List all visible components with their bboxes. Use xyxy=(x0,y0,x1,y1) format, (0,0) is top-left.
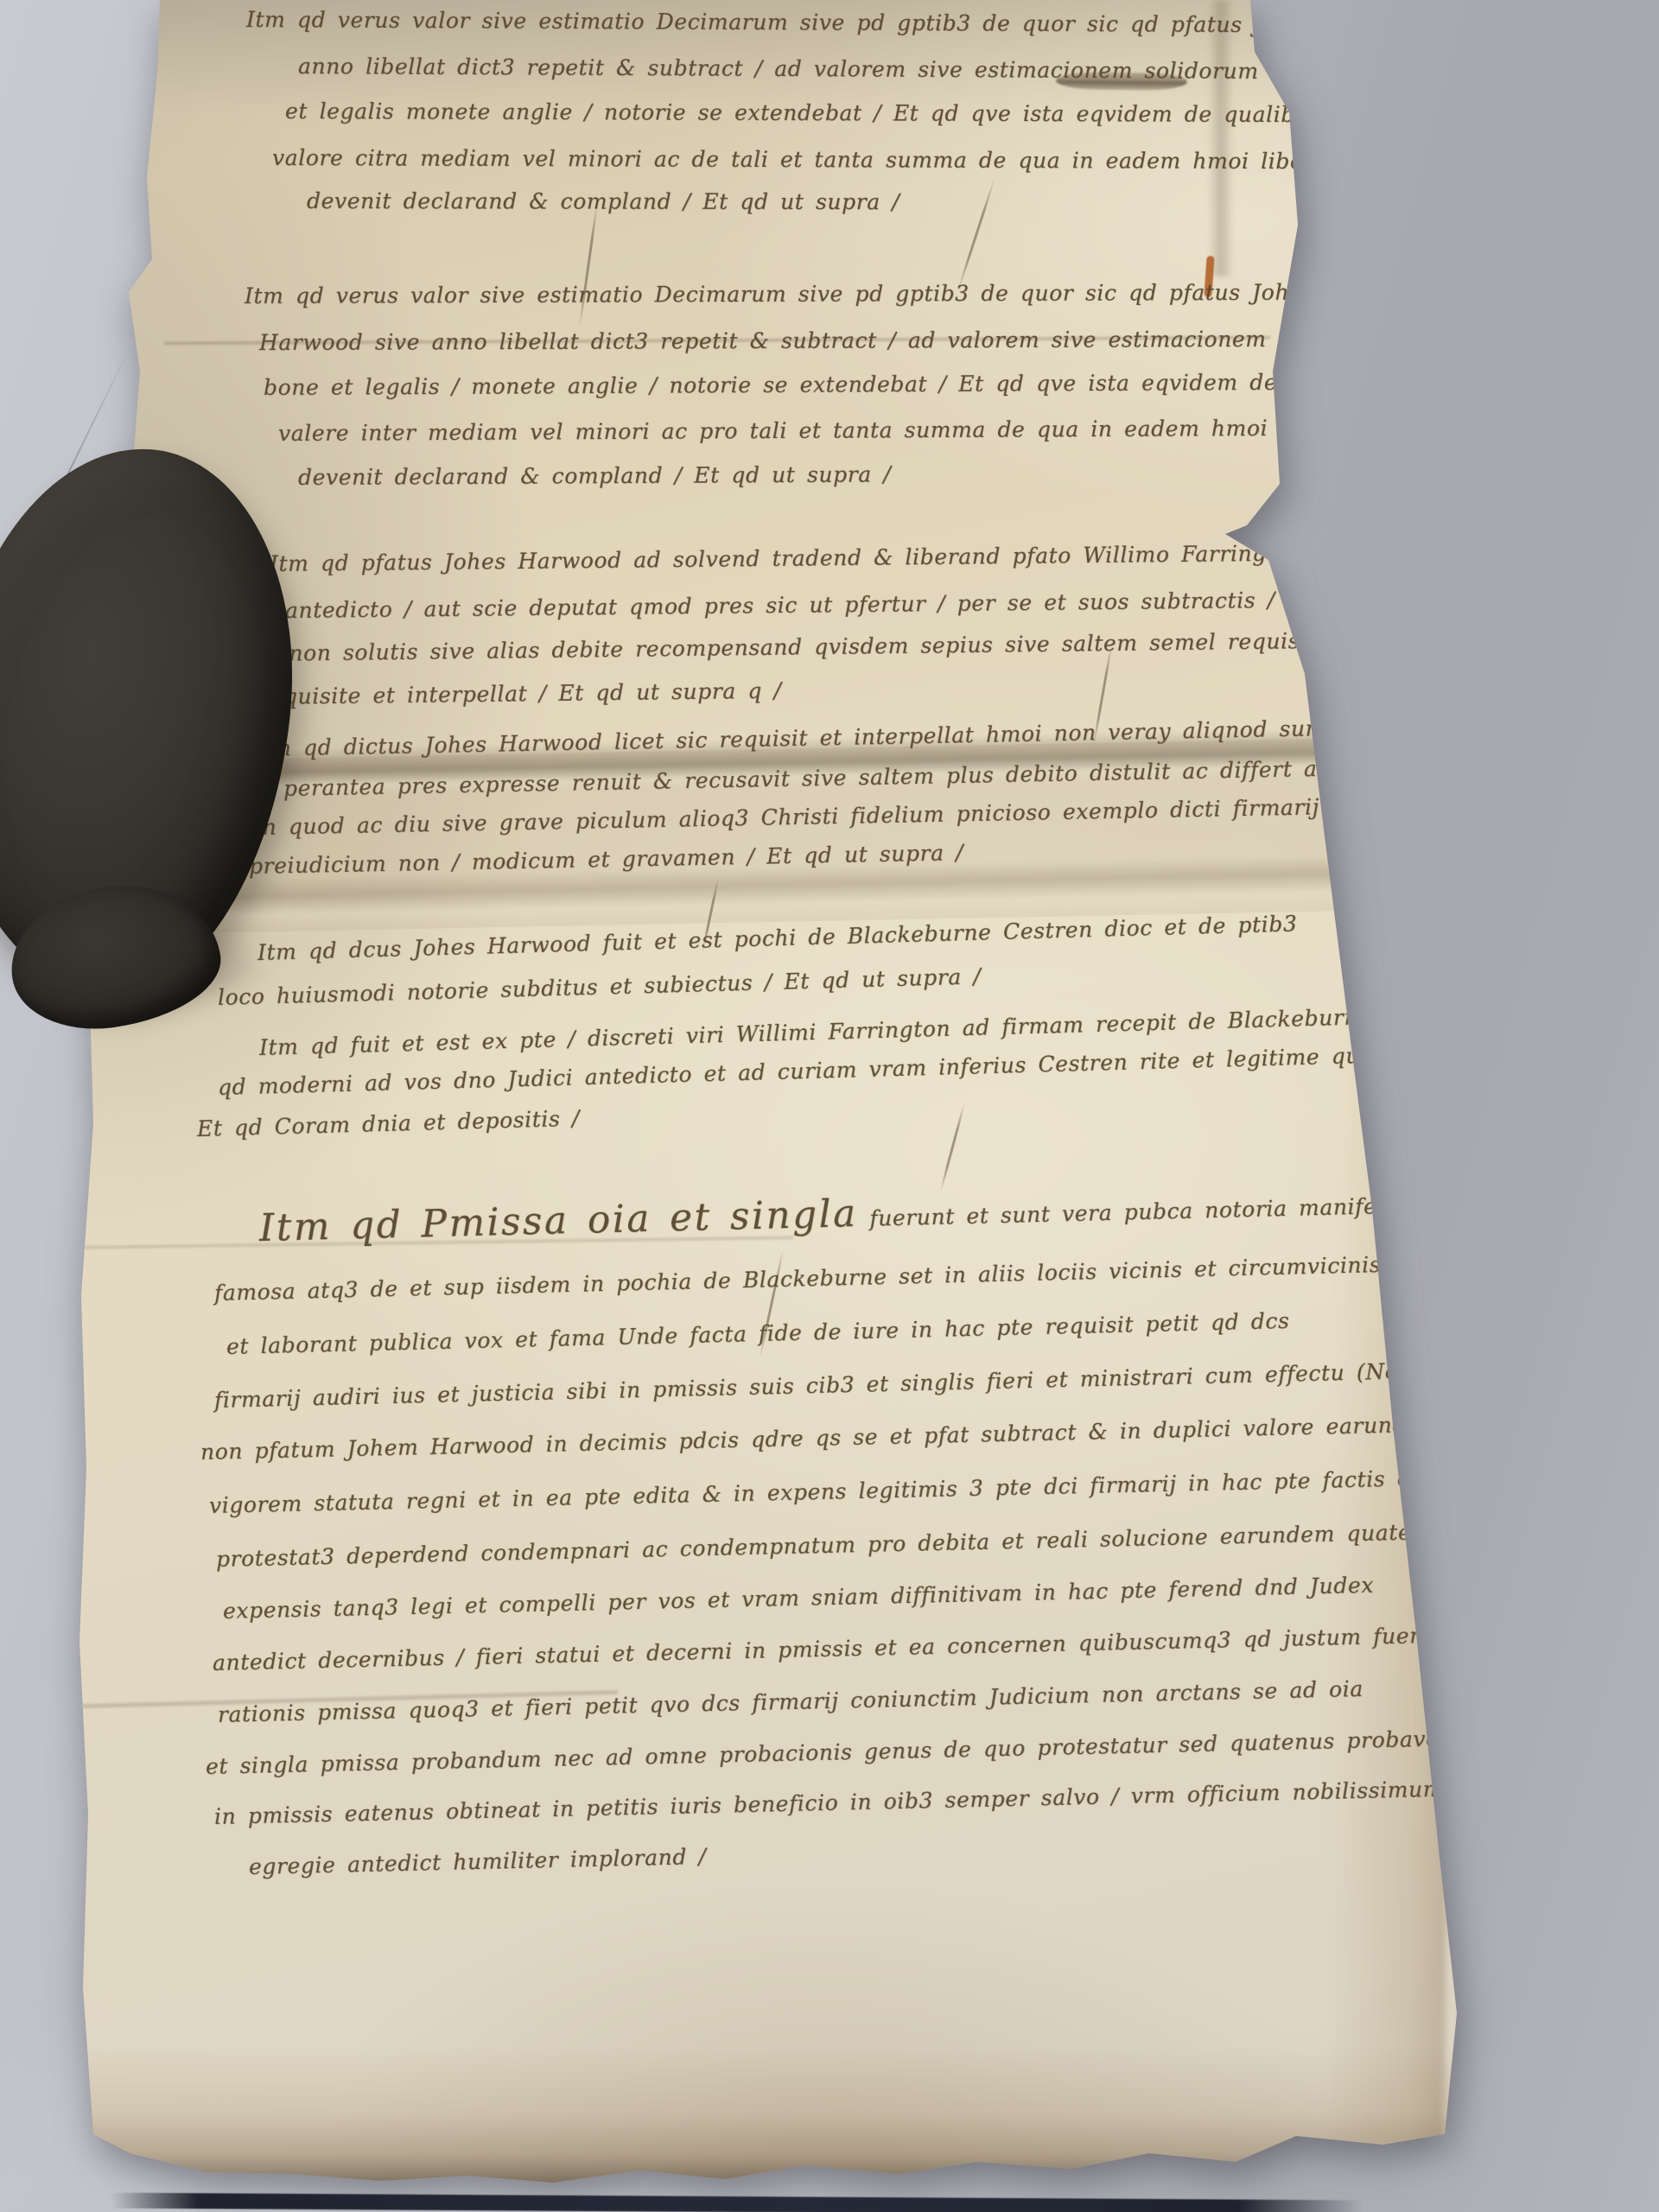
manuscript-line: preiudicium non / modicum et gravamen / … xyxy=(249,840,964,880)
manuscript-line: valore citra mediam vel minori ac de tal… xyxy=(272,145,1325,175)
manuscript-line: in pmissis eatenus obtineat in petitis i… xyxy=(214,1775,1520,1830)
manuscript-line: bone et legalis / monete anglie / notori… xyxy=(264,368,1578,401)
manuscript-line: Itm qd dictus Johes Harwood licet sic re… xyxy=(252,715,1382,762)
pen-flourish xyxy=(939,1102,966,1194)
pen-flourish xyxy=(957,177,996,293)
manuscript-line: firmarij audiri ius et justicia sibi in … xyxy=(214,1358,1411,1414)
manuscript-line: expensis tanq3 legi et compelli per vos … xyxy=(223,1573,1375,1624)
manuscript-line: Itm qd pfatus Johes Harwood ad solvend t… xyxy=(270,539,1408,577)
manuscript-line: anno libellat dict3 repetit & subtract /… xyxy=(298,54,1360,85)
manuscript-line: antedict decernibus / fieri statui et de… xyxy=(213,1622,1471,1676)
manuscript-line: et legalis monete anglie / notorie se ex… xyxy=(285,99,1513,129)
manuscript-line: non pfatum Johem Harwood in decimis pdci… xyxy=(200,1410,1510,1465)
manuscript-line: vigorem statuta regni et in ea pte edita… xyxy=(209,1465,1420,1519)
pen-flourish xyxy=(578,200,598,329)
manuscript-line: Harwood sive anno libellat dict3 repetit… xyxy=(259,326,1491,356)
manuscript-line: Itm qd Pmissa oia et singla fuerunt et s… xyxy=(258,1176,1501,1252)
manuscript-line: requisite et interpellat / Et qd ut supr… xyxy=(259,678,782,710)
manuscript-line: devenit declarand & compland / Et qd ut … xyxy=(298,461,892,491)
manuscript-line: in quod ac diu sive grave piculum alioq3… xyxy=(255,792,1445,841)
curled-edge-shadow xyxy=(1208,0,1234,276)
paper-sheet-wrapper: Itm qd verus valor sive estimatio Decima… xyxy=(0,0,1659,2212)
manuscript-line: Itm qd dcus Johes Harwood fuit et est po… xyxy=(257,911,1298,966)
manuscript-line: valere inter mediam vel minori ac pro ta… xyxy=(278,416,1344,447)
manuscript-line: egregie antedict humiliter implorand / xyxy=(249,1844,707,1880)
right-edge-shading xyxy=(1323,993,1460,2144)
paragraph-lead: Itm qd Pmissa oia et singla xyxy=(258,1192,858,1250)
manuscript-line: Itm qd verus valor sive estimatio Decima… xyxy=(245,280,1314,309)
manuscript-line: protestat3 deperdend condempnari ac cond… xyxy=(216,1518,1486,1573)
manuscript-line: et singla pmissa probandum nec ad omne p… xyxy=(206,1726,1467,1780)
photograph-of-manuscript: Itm qd verus valor sive estimatio Decima… xyxy=(0,0,1659,2212)
manuscript-line: famosa atq3 de et sup iisdem in pochia d… xyxy=(214,1249,1515,1306)
manuscript-line: Itm qd verus valor sive estimatio Decima… xyxy=(246,7,1465,39)
manuscript-line: et laborant publica vox et fama Unde fac… xyxy=(226,1308,1290,1360)
bottom-edge-discoloration xyxy=(76,2048,1459,2190)
manuscript-line: antedicto / aut scie deputat qmod pres s… xyxy=(285,585,1484,624)
manuscript-line: & non solutis sive alias debite recompen… xyxy=(257,627,1423,667)
manuscript-line: loco huiusmodi notorie subditus et subie… xyxy=(218,963,982,1011)
manuscript-line: devenit declarand & compland / Et qd ut … xyxy=(307,188,899,215)
manuscript-line: perantea pres expresse renuit & recusavi… xyxy=(283,751,1592,802)
paragraph-lead-rest: fuerunt et sunt vera pubca notoria manif… xyxy=(869,1191,1502,1231)
manuscript-line: Et qd Coram dnia et depositis / xyxy=(197,1106,581,1142)
manuscript-page: Itm qd verus valor sive estimatio Decima… xyxy=(0,0,1659,2212)
manuscript-line: rationis pmissa quoq3 et fieri petit qvo… xyxy=(218,1676,1363,1728)
